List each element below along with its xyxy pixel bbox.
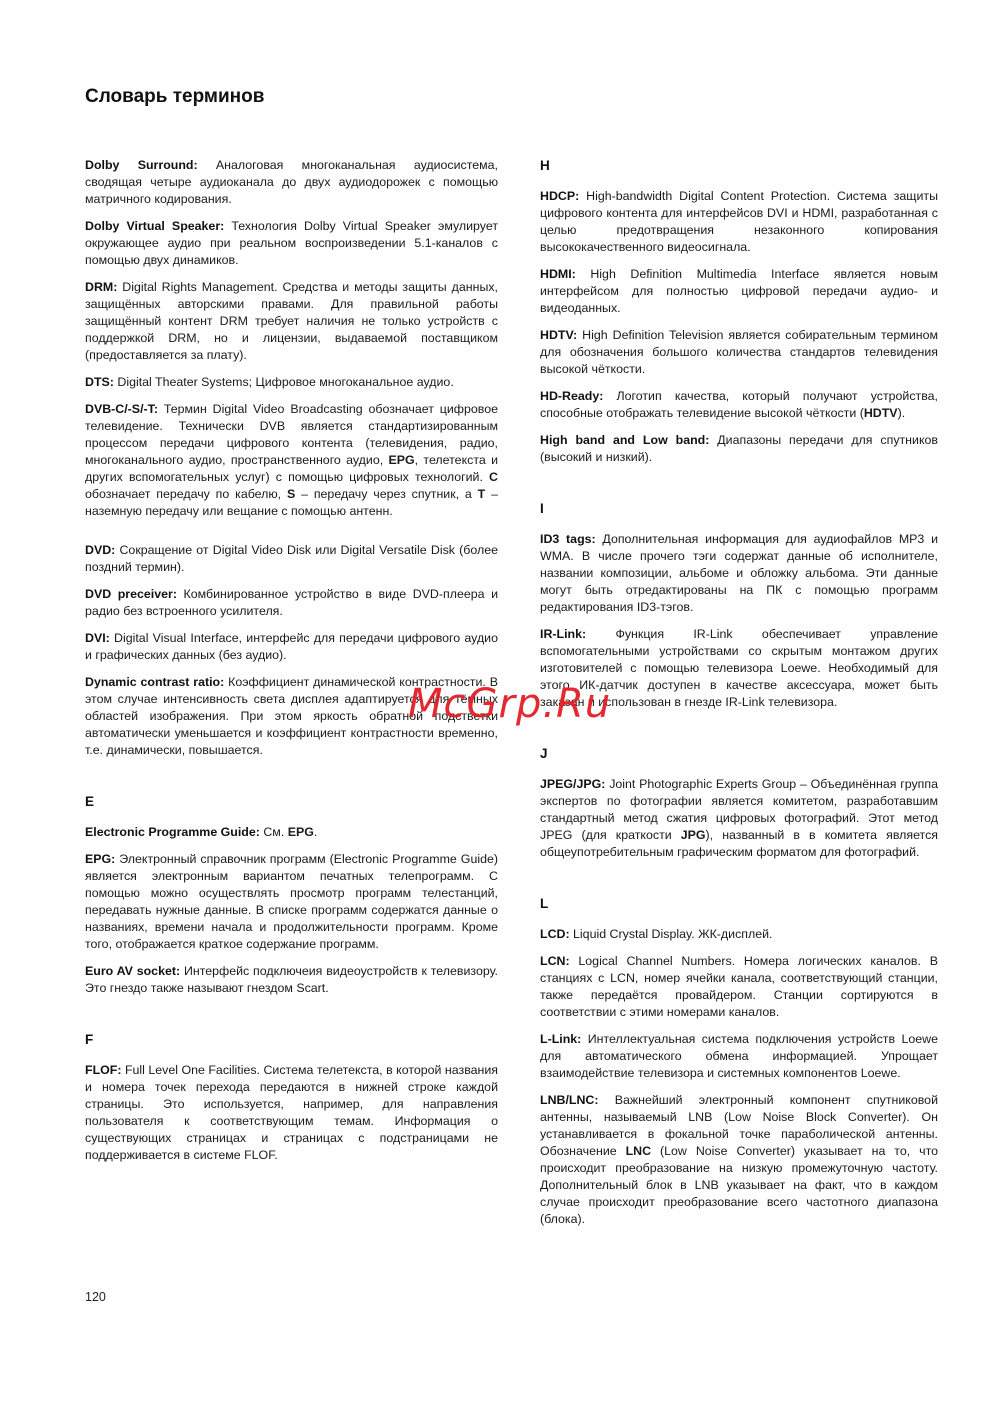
- glossary-term: DVB-C/-S/-T:: [85, 402, 158, 416]
- glossary-entry: Dolby Virtual Speaker: Технология Dolby …: [85, 218, 498, 269]
- section-letter-i: I: [540, 500, 938, 517]
- bold-reference: T: [478, 487, 486, 501]
- glossary-entry: HDCP: High-bandwidth Digital Content Pro…: [540, 188, 938, 256]
- glossary-entry: Dolby Surround: Аналоговая многоканальна…: [85, 157, 498, 208]
- glossary-term: JPEG/JPG:: [540, 777, 605, 791]
- page-number: 120: [85, 1290, 106, 1304]
- glossary-term: LCD:: [540, 927, 570, 941]
- glossary-entry: DVI: Digital Visual Interface, интерфейс…: [85, 630, 498, 664]
- left-column: Dolby Surround: Аналоговая многоканальна…: [85, 157, 498, 1174]
- glossary-entry: DVD preceiver: Комбинированное устройств…: [85, 586, 498, 620]
- glossary-term: HDCP:: [540, 189, 579, 203]
- entries-l: LCD: Liquid Crystal Display. ЖК-дисплей.…: [540, 926, 938, 1228]
- glossary-entry: HDTV: High Definition Television являетс…: [540, 327, 938, 378]
- entries-h: HDCP: High-bandwidth Digital Content Pro…: [540, 188, 938, 466]
- glossary-term: ID3 tags:: [540, 532, 596, 546]
- page-title: Словарь терминов: [85, 86, 264, 108]
- bold-reference: LNC: [626, 1144, 651, 1158]
- glossary-term: L-Link:: [540, 1032, 581, 1046]
- bold-reference: S: [287, 487, 295, 501]
- bold-reference: JPG: [681, 828, 706, 842]
- glossary-term: Dynamic contrast ratio:: [85, 675, 224, 689]
- glossary-term: FLOF:: [85, 1063, 121, 1077]
- glossary-entry: FLOF: Full Level One Facilities. Система…: [85, 1062, 498, 1164]
- glossary-entry: Electronic Programme Guide: См. EPG.: [85, 824, 498, 841]
- entries-f: FLOF: Full Level One Facilities. Система…: [85, 1062, 498, 1164]
- section-letter-f: F: [85, 1031, 498, 1048]
- right-column: H HDCP: High-bandwidth Digital Content P…: [540, 157, 938, 1238]
- section-letter-e: E: [85, 793, 498, 810]
- section-letter-l: L: [540, 895, 938, 912]
- glossary-term: High band and Low band:: [540, 433, 709, 447]
- bold-reference: HDTV: [864, 406, 898, 420]
- bold-reference: EPG: [288, 825, 314, 839]
- entries-e: Electronic Programme Guide: См. EPG.EPG:…: [85, 824, 498, 997]
- glossary-entry: JPEG/JPG: Joint Photographic Experts Gro…: [540, 776, 938, 861]
- glossary-term: Dolby Surround:: [85, 158, 198, 172]
- glossary-term: Electronic Programme Guide:: [85, 825, 260, 839]
- glossary-term: LCN:: [540, 954, 570, 968]
- bold-reference: EPG: [388, 453, 414, 467]
- entries-d: Dolby Surround: Аналоговая многоканальна…: [85, 157, 498, 759]
- glossary-entry: DRM: Digital Rights Management. Средства…: [85, 279, 498, 364]
- glossary-term: HD-Ready:: [540, 389, 603, 403]
- glossary-term: IR-Link:: [540, 627, 586, 641]
- glossary-entry: EPG: Электронный справочник программ (El…: [85, 851, 498, 953]
- glossary-term: EPG:: [85, 852, 115, 866]
- glossary-term: DRM:: [85, 280, 117, 294]
- glossary-term: Dolby Virtual Speaker:: [85, 219, 224, 233]
- glossary-entry: LCD: Liquid Crystal Display. ЖК-дисплей.: [540, 926, 938, 943]
- section-letter-h: H: [540, 157, 938, 174]
- glossary-term: DVD:: [85, 543, 115, 557]
- glossary-term: DTS:: [85, 375, 114, 389]
- glossary-entry: Dynamic contrast ratio: Коэффициент дина…: [85, 674, 498, 759]
- glossary-entry: LNB/LNC: Важнейший электронный компонент…: [540, 1092, 938, 1228]
- glossary-term: HDTV:: [540, 328, 577, 342]
- glossary-term: DVD preceiver:: [85, 587, 177, 601]
- entries-j: JPEG/JPG: Joint Photographic Experts Gro…: [540, 776, 938, 861]
- entries-i: ID3 tags: Дополнительная информация для …: [540, 531, 938, 711]
- glossary-entry: HD-Ready: Логотип качества, который полу…: [540, 388, 938, 422]
- glossary-entry: Euro AV socket: Интерфейс подключеия вид…: [85, 963, 498, 997]
- glossary-term: DVI:: [85, 631, 110, 645]
- glossary-entry: DTS: Digital Theater Systems; Цифровое м…: [85, 374, 498, 391]
- glossary-entry: High band and Low band: Диапазоны переда…: [540, 432, 938, 466]
- glossary-entry: HDMI: High Definition Multimedia Interfa…: [540, 266, 938, 317]
- glossary-entry: IR-Link: Функция IR-Link обеспечивает уп…: [540, 626, 938, 711]
- glossary-term: LNB/LNC:: [540, 1093, 599, 1107]
- section-letter-j: J: [540, 745, 938, 762]
- glossary-term: Euro AV socket:: [85, 964, 180, 978]
- glossary-entry: DVD: Сокращение от Digital Video Disk ил…: [85, 542, 498, 576]
- glossary-entry: LCN: Logical Channel Numbers. Номера лог…: [540, 953, 938, 1021]
- glossary-entry: L-Link: Интеллектуальная система подключ…: [540, 1031, 938, 1082]
- bold-reference: C: [489, 470, 498, 484]
- glossary-term: HDMI:: [540, 267, 576, 281]
- glossary-entry: ID3 tags: Дополнительная информация для …: [540, 531, 938, 616]
- glossary-entry: DVB-C/-S/-T: Термин Digital Video Broadc…: [85, 401, 498, 520]
